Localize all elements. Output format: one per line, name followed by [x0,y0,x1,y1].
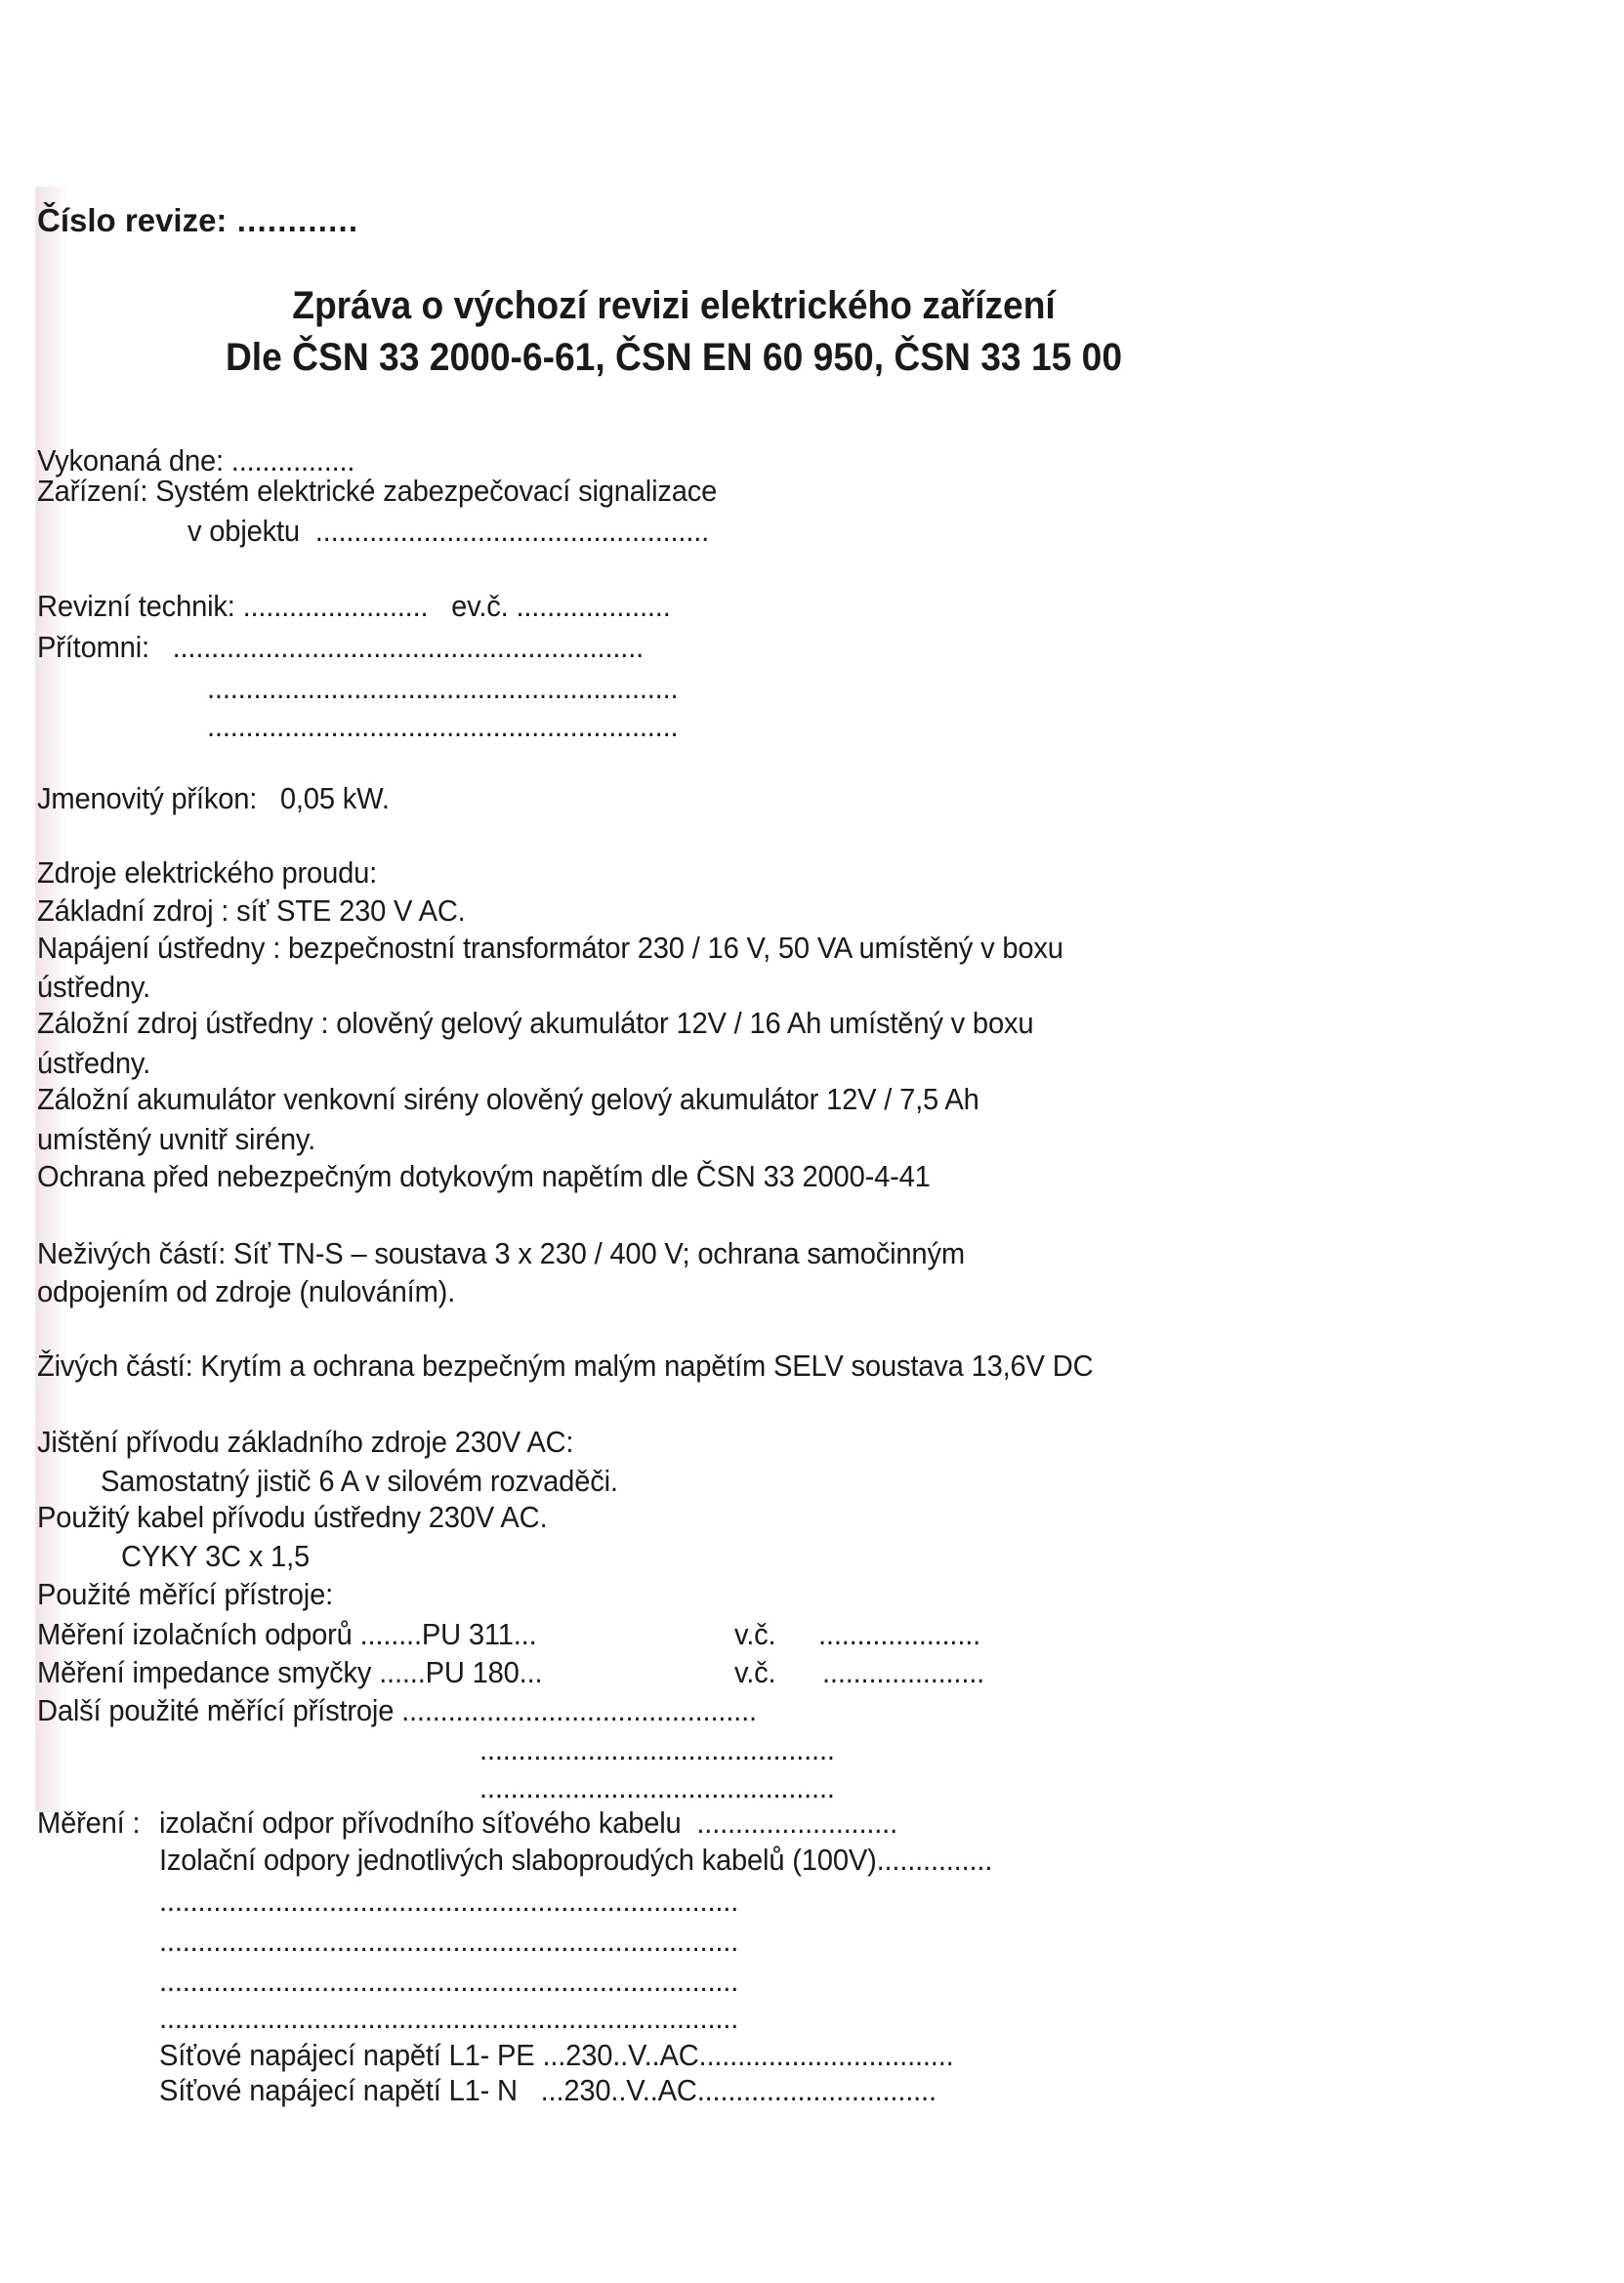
rated-input: Jmenovitý příkon: 0,05 kW. [37,781,390,816]
location-field[interactable]: v objektu ..............................… [187,514,709,549]
fuse-value: Samostatný jistič 6 A v silovém rozvaděč… [101,1464,618,1499]
present-field-2[interactable]: ........................................… [207,671,678,706]
impedance-serial-label: v.č. [734,1655,775,1690]
voltage-l1-n-field[interactable]: Síťové napájecí napětí L1- N ...230..V..… [159,2073,937,2108]
document-subtitle-standards: Dle ČSN 33 2000-6-61, ČSN EN 60 950, ČSN… [47,335,1300,380]
measurement-label: Měření : [37,1806,140,1841]
sources-heading: Zdroje elektrického proudu: [37,855,377,891]
source-line: Ochrana před nebezpečným dotykovým napět… [37,1159,931,1194]
source-line: ústředny. [37,970,150,1005]
revision-number-field[interactable]: ............ [227,202,358,238]
insulation-instrument: Měření izolačních odporů ........PU 311.… [37,1617,536,1652]
source-line: ústředny. [37,1046,150,1081]
supply-cable-insulation-field[interactable]: izolační odpor přívodního síťového kabel… [159,1806,897,1841]
fuse-heading: Jištění přívodu základního zdroje 230V A… [37,1425,573,1460]
source-line: umístěný uvnitř sirény. [37,1122,315,1157]
other-instruments-field-2[interactable]: ........................................… [479,1732,835,1767]
measurement-blank-line[interactable]: ........................................… [159,1884,738,1919]
cable-heading: Použitý kabel přívodu ústředny 230V AC. [37,1500,547,1535]
cable-value: CYKY 3C x 1,5 [121,1539,310,1574]
measurement-blank-line[interactable]: ........................................… [159,1924,738,1959]
technician-field[interactable]: Revizní technik: .......................… [37,589,671,624]
impedance-instrument: Měření impedance smyčky ......PU 180... [37,1655,542,1690]
live-parts-protection: Živých částí: Krytím a ochrana bezpečným… [37,1349,1093,1384]
dead-parts-protection-cont: odpojením od zdroje (nulováním). [37,1274,455,1309]
low-current-insulation-field[interactable]: Izolační odpory jednotlivých slaboproudý… [159,1843,992,1878]
dead-parts-protection: Neživých částí: Síť TN-S – soustava 3 x … [37,1236,965,1271]
insulation-serial-label: v.č. [734,1617,775,1652]
other-instruments-field-3[interactable]: ........................................… [479,1770,835,1806]
impedance-serial-field[interactable]: ..................... [822,1655,984,1690]
revision-number-label: Číslo revize: [37,202,227,238]
measurement-blank-line[interactable]: ........................................… [159,1964,738,1999]
present-field-3[interactable]: ........................................… [207,709,678,744]
other-instruments-field[interactable]: Další použité měřící přístroje .........… [37,1693,757,1728]
voltage-l1-pe-field[interactable]: Síťové napájecí napětí L1- PE ...230..V.… [159,2038,954,2073]
device-description: Zařízení: Systém elektrické zabezpečovac… [37,474,717,509]
present-field-1[interactable]: Přítomni: ..............................… [37,630,644,665]
source-line: Napájení ústředny : bezpečnostní transfo… [37,931,1063,966]
revision-number: Číslo revize: ............ [37,202,358,239]
source-line: Záložní zdroj ústředny : olověný gelový … [37,1006,1033,1041]
source-line: Záložní akumulátor venkovní sirény olově… [37,1082,979,1117]
measurement-blank-line[interactable]: ........................................… [159,2001,738,2036]
insulation-serial-field[interactable]: ..................... [818,1617,980,1652]
document-title: Zpráva o výchozí revizi elektrického zař… [47,283,1300,328]
source-line: Základní zdroj : síť STE 230 V AC. [37,893,466,929]
instruments-heading: Použité měřící přístroje: [37,1577,333,1612]
